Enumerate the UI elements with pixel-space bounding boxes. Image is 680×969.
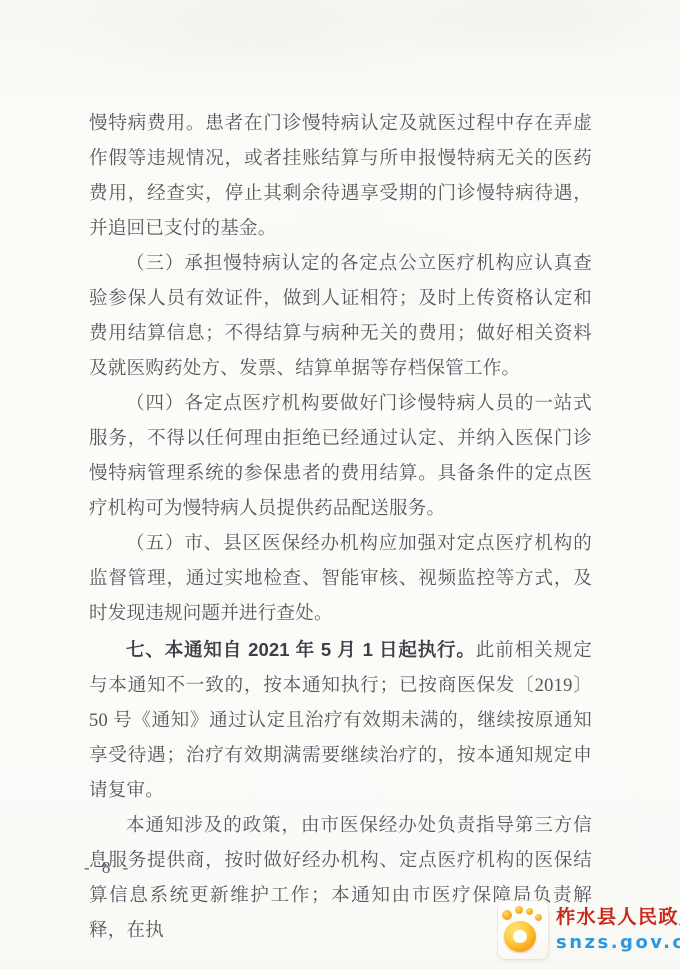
- paragraph: （三）承担慢特病认定的各定点公立医疗机构应认真查验参保人员有效证件，做到人证相符…: [89, 247, 592, 387]
- gov-site-url[interactable]: snzs.gov.cn: [556, 933, 680, 953]
- paw-ring-icon: [504, 921, 536, 952]
- gov-watermark[interactable]: 柞水县人民政府 snzs.gov.cn: [498, 901, 680, 959]
- watermark-text: 柞水县人民政府 snzs.gov.cn: [556, 908, 680, 953]
- paw-toe-icon: [502, 910, 512, 920]
- gov-site-name[interactable]: 柞水县人民政府: [556, 908, 680, 929]
- text-run: （三）承担慢特病认定的各定点公立医疗机构应认真查验参保人员有效证件，做到人证相符…: [89, 254, 592, 379]
- paragraph: （五）市、县区医保经办机构应加强对定点医疗机构的监督管理，通过实地检查、智能审核…: [89, 527, 592, 632]
- text-run: 此前相关规定与本通知不一致的，按本通知执行；已按商医保发〔2019〕50 号《通…: [89, 641, 592, 801]
- page-number: - 8 -: [84, 858, 132, 878]
- scanned-page: 慢特病费用。患者在门诊慢特病认定及就医过程中存在弄虚作假等违规情况，或者挂账结算…: [0, 0, 680, 969]
- paw-toe-icon: [515, 906, 523, 914]
- paw-toe-icon: [535, 914, 542, 921]
- bold-text-run: 七、本通知自 2021 年 5 月 1 日起执行。: [126, 639, 476, 660]
- text-run: （五）市、县区医保经办机构应加强对定点医疗机构的监督管理，通过实地检查、智能审核…: [89, 534, 592, 624]
- paragraph: （四）各定点医疗机构要做好门诊慢特病人员的一站式服务，不得以任何理由拒绝已经通过…: [89, 387, 592, 527]
- text-run: （四）各定点医疗机构要做好门诊慢特病人员的一站式服务，不得以任何理由拒绝已经通过…: [89, 394, 592, 519]
- paw-print-icon: [498, 901, 548, 959]
- document-body: 慢特病费用。患者在门诊慢特病认定及就医过程中存在弄虚作假等违规情况，或者挂账结算…: [89, 107, 592, 949]
- paw-toe-icon: [526, 908, 533, 915]
- paragraph: 七、本通知自 2021 年 5 月 1 日起执行。此前相关规定与本通知不一致的，…: [89, 632, 592, 809]
- paragraph: 慢特病费用。患者在门诊慢特病认定及就医过程中存在弄虚作假等违规情况，或者挂账结算…: [89, 107, 592, 247]
- text-run: 慢特病费用。患者在门诊慢特病认定及就医过程中存在弄虚作假等违规情况，或者挂账结算…: [89, 114, 592, 239]
